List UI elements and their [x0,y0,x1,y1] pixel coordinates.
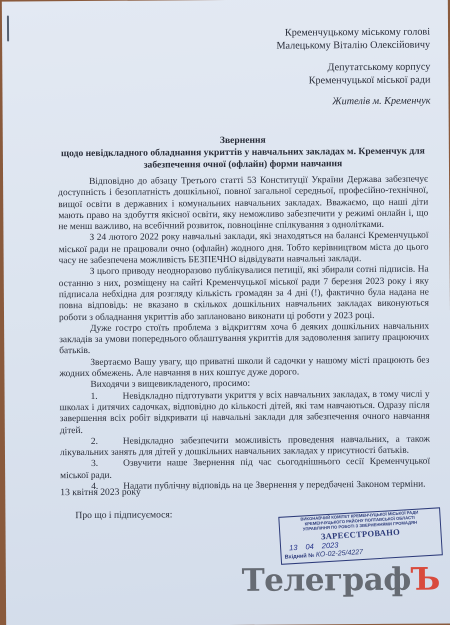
stamp-incoming-label: Вхідний № [285,553,315,561]
addressee-line: Депутатському корпусу [170,60,430,75]
paragraph: Дуже гостро стоїть проблема з відкриттям… [59,321,429,357]
document-title: Звернення щодо невідкладного обладнання … [58,134,428,173]
document-date: 13 квітня 2023 року [60,487,141,499]
stamp-day: 13 [289,543,298,552]
paragraph: З 24 лютого 2022 року навчальні заклади,… [58,231,428,267]
sender-line: Жителів м. Кременчук [170,95,430,110]
stamp-year: 2023 [322,541,339,551]
request-number: 2. [91,437,123,449]
paragraph: Відповідно до абзацу Третього статті 53 … [58,175,428,234]
paragraph: З цього приводу неодноразово публікували… [59,265,429,324]
signature-line: Про що і підписуємося: [75,509,172,521]
request-text: Надати публічну відповідь на це Зверненн… [123,480,425,492]
request-number: 1. [91,391,123,403]
stamp-month: 04 [305,542,314,551]
paragraph: Звертаємо Вашу увагу, що приватні школи … [59,355,429,380]
addressee-block: Кременчуцькому міському голові Малецьком… [170,26,431,118]
request-item: 1.Невідкладно підготувати укриття у всіх… [60,389,430,437]
document-page: Кременчуцькому міському голові Малецьком… [2,0,450,625]
watermark-text: Телеграф [241,562,410,599]
staple-mark [7,16,9,42]
stamp-incoming-number: КО-02-25/4227 [316,549,364,559]
addressee-line: Малецькому Віталію Олексійовичу [170,39,430,54]
watermark-accent-letter: Ъ [411,562,440,598]
request-item: 3.Озвучити наше Звернення під час сьогод… [60,457,430,482]
request-number: 3. [91,459,123,471]
addressee-line: Кременчуцької міської ради [170,73,430,88]
document-body: Відповідно до абзацу Третього статті 53 … [58,175,430,494]
registration-stamp: ВИКОНАВЧИЙ КОМІТЕТ КРЕМЕНЧУЦЬКОЇ МІСЬКОЇ… [278,507,443,565]
telegraf-watermark-logo: ТелеграфЪ [241,562,439,599]
request-item: 2.Невідкладно забезпечити можливість про… [60,434,430,459]
